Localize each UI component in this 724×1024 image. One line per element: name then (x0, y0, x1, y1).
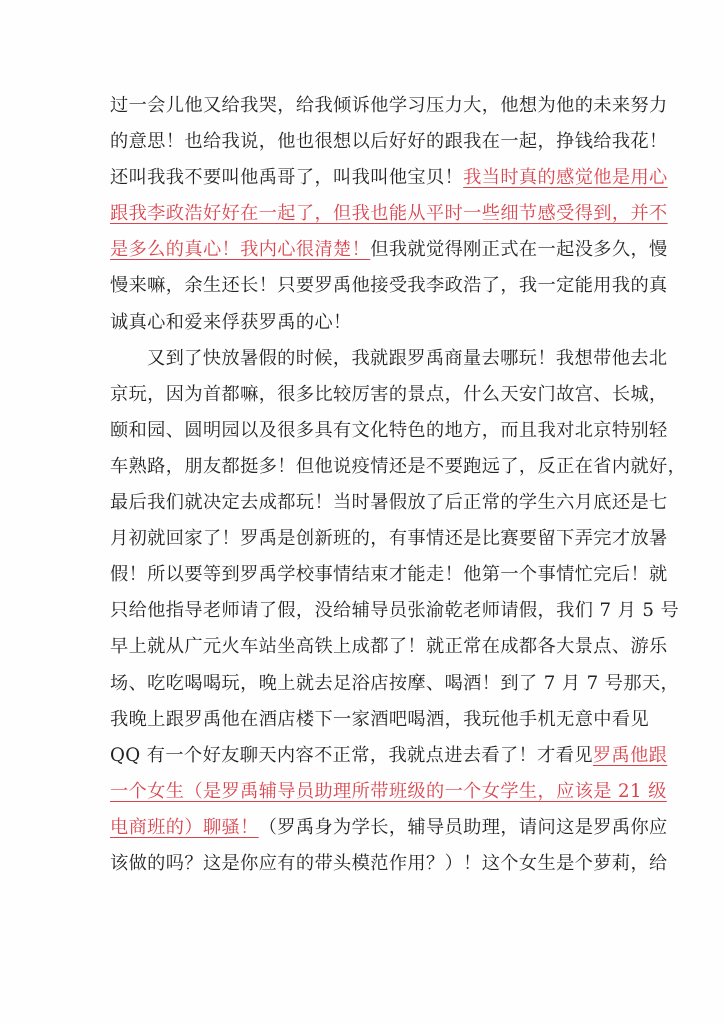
text-line: 假！所以要等到罗禹学校事情结束才能走！他第一个事情忙完后！就 (110, 557, 615, 593)
text-line: 京玩，因为首都嘛，很多比较厉害的景点，什么天安门故宫、长城， (110, 377, 615, 413)
text-line: 最后我们就决定去成都玩！当时暑假放了后正常的学生六月底还是七 (110, 485, 615, 521)
body-text: （罗禹身为学长，辅导员助理，请问这是罗禹你应 (259, 817, 668, 838)
body-text: 假！所以要等到罗禹学校事情结束才能走！他第一个事情忙完后！就 (110, 564, 668, 585)
text-line: 又到了快放暑假的时候，我就跟罗禹商量去哪玩！我想带他去北 (110, 341, 615, 377)
highlighted-text: 跟我李政浩好好在一起了，但我也能从平时一些细节感受得到，并不 (110, 203, 668, 224)
body-text: 但我就觉得刚正式在一起没多久，慢 (370, 239, 667, 260)
highlighted-text: 是多么的真心！我内心很清楚！ (110, 239, 370, 260)
text-line: 车熟路，朋友都挺多！但他说疫情还是不要跑远了，反正在省内就好， (110, 449, 615, 485)
body-text: 还叫我我不要叫他禹哥了，叫我叫他宝贝！ (110, 167, 463, 188)
text-line: 的意思！也给我说，他也很想以后好好的跟我在一起，挣钱给我花！ (110, 124, 615, 160)
body-text: 早上就从广元火车站坐高铁上成都了！就正常在成都各大景点、游乐 (110, 636, 668, 657)
text-line: 是多么的真心！我内心很清楚！但我就觉得刚正式在一起没多久，慢 (110, 232, 615, 268)
text-line: 诚真心和爱来俘获罗禹的心！ (110, 305, 615, 341)
body-text: 我晚上跟罗禹他在酒店楼下一家酒吧喝酒，我玩他手机无意中看见 (110, 709, 649, 730)
body-text: 诚真心和爱来俘获罗禹的心！ (110, 312, 352, 333)
highlighted-text: 一个女生（是罗禹辅导员助理所带班级的一个女学生，应该是 21 级 (110, 781, 667, 802)
text-line: 该做的吗？这是你应有的带头模范作用？）！这个女生是个萝莉，给 (110, 846, 615, 882)
body-text: 该做的吗？这是你应有的带头模范作用？）！这个女生是个萝莉，给 (110, 853, 668, 874)
text-line: QQ 有一个好友聊天内容不正常，我就点进去看了！才看见罗禹他跟 (110, 738, 615, 774)
body-text: 慢来嘛，余生还长！只要罗禹他接受我李政浩了，我一定能用我的真 (110, 275, 668, 296)
body-text: 场、吃吃喝喝玩，晚上就去足浴店按摩、喝酒！到了 7 月 7 号那天， (110, 673, 679, 694)
body-text: 过一会儿他又给我哭，给我倾诉他学习压力大，他想为他的未来努力 (110, 95, 668, 116)
text-line: 跟我李政浩好好在一起了，但我也能从平时一些细节感受得到，并不 (110, 196, 615, 232)
text-line: 过一会儿他又给我哭，给我倾诉他学习压力大，他想为他的未来努力 (110, 88, 615, 124)
body-text: 的意思！也给我说，他也很想以后好好的跟我在一起，挣钱给我花！ (110, 131, 668, 152)
highlighted-text: 罗禹他跟 (593, 745, 667, 766)
body-text: 最后我们就决定去成都玩！当时暑假放了后正常的学生六月底还是七 (110, 492, 668, 513)
text-line: 早上就从广元火车站坐高铁上成都了！就正常在成都各大景点、游乐 (110, 629, 615, 665)
text-line: 一个女生（是罗禹辅导员助理所带班级的一个女学生，应该是 21 级 (110, 774, 615, 810)
body-text: 颐和园、圆明园以及很多具有文化特色的地方，而且我对北京特别轻 (110, 420, 668, 441)
body-text: 月初就回家了！罗禹是创新班的，有事情还是比赛要留下弄完才放暑 (110, 528, 668, 549)
document-page: 过一会儿他又给我哭，给我倾诉他学习压力大，他想为他的未来努力的意思！也给我说，他… (0, 0, 724, 1024)
body-text: 又到了快放暑假的时候，我就跟罗禹商量去哪玩！我想带他去北 (147, 348, 667, 369)
text-line: 月初就回家了！罗禹是创新班的，有事情还是比赛要留下弄完才放暑 (110, 521, 615, 557)
highlighted-text: 我当时真的感觉他是用心 (463, 167, 667, 188)
highlighted-text: 电商班的）聊骚！ (110, 817, 259, 838)
body-text: 京玩，因为首都嘛，很多比较厉害的景点，什么天安门故宫、长城， (110, 384, 668, 405)
text-line: 场、吃吃喝喝玩，晚上就去足浴店按摩、喝酒！到了 7 月 7 号那天， (110, 666, 615, 702)
text-line: 电商班的）聊骚！（罗禹身为学长，辅导员助理，请问这是罗禹你应 (110, 810, 615, 846)
body-text: 车熟路，朋友都挺多！但他说疫情还是不要跑远了，反正在省内就好， (110, 456, 686, 477)
text-line: 慢来嘛，余生还长！只要罗禹他接受我李政浩了，我一定能用我的真 (110, 268, 615, 304)
text-line: 还叫我我不要叫他禹哥了，叫我叫他宝贝！我当时真的感觉他是用心 (110, 160, 615, 196)
text-line: 只给他指导老师请了假，没给辅导员张渝乾老师请假，我们 7 月 5 号 (110, 593, 615, 629)
text-line: 我晚上跟罗禹他在酒店楼下一家酒吧喝酒，我玩他手机无意中看见 (110, 702, 615, 738)
document-body-text: 过一会儿他又给我哭，给我倾诉他学习压力大，他想为他的未来努力的意思！也给我说，他… (110, 88, 615, 882)
body-text: 只给他指导老师请了假，没给辅导员张渝乾老师请假，我们 7 月 5 号 (110, 600, 679, 621)
body-text: QQ 有一个好友聊天内容不正常，我就点进去看了！才看见 (110, 745, 593, 766)
text-line: 颐和园、圆明园以及很多具有文化特色的地方，而且我对北京特别轻 (110, 413, 615, 449)
